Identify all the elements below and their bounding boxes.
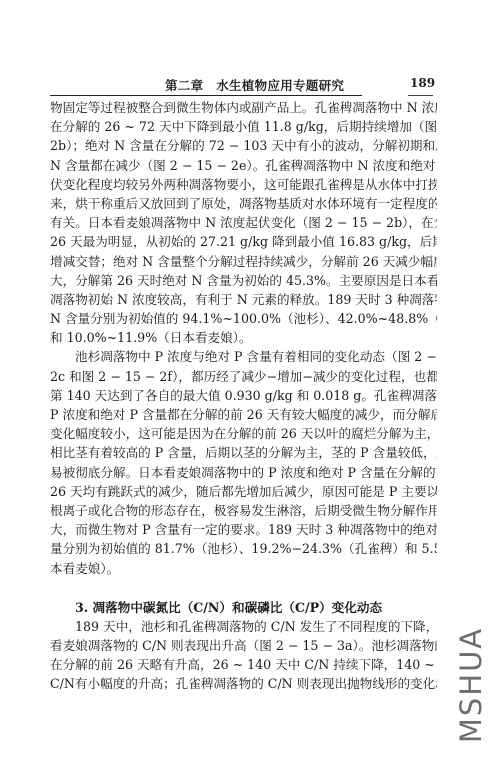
page-number: 189 [410,76,435,90]
text-line: 和 10.0%~11.9%（日本看麦娘）。 [50,328,437,347]
text-line: 凋落物初始 N 浓度较高，有利于 N 元素的释放。189 天时 3 种凋落物绝对 [50,290,437,309]
section-spacer [50,578,437,598]
section-cn-cp: 3. 凋落物中碳氮比（C/N）和碳磷比（C/P）变化动态 189 天中，池杉和孔… [50,598,437,694]
text-line: 在分解的 26 ~ 72 天中下降到最小值 11.8 g/kg，后期持续增加（图… [50,117,437,136]
text-line: 伏变化程度均较另外两种凋落物要小，这可能跟孔雀稗是从水体中打捞而 [50,175,437,194]
text-line: 在分解的前 26 天略有升高，26 ~ 140 天中 C/N 持续下降，140 … [50,655,437,674]
watermark-text: MSHUA [454,626,488,742]
text-line: 大，分解第 26 天时绝对 N 含量为初始的 45.3%。主要原因是日本看麦娘 [50,271,437,290]
text-line: 增减交替；绝对 N 含量整个分解过程持续减少，分解前 26 天减少幅度最 [50,252,437,271]
text-line: 26 天均有跳跃式的减少，随后都先增加后减少，原因可能是 P 主要以磷酸 [50,482,437,501]
header-rule [50,95,362,96]
text-line: N 含量都在减少（图 2 − 15 − 2e）。孔雀稗凋落物中 N 浓度和绝对 … [50,156,437,175]
body-text: 物固定等过程被整合到微生物体内或副产品上。孔雀稗凋落物中 N 浓度 在分解的 2… [50,98,437,694]
text-line: 26 天最为明显，从初始的 27.21 g/kg 降到最小值 16.83 g/k… [50,232,437,251]
text-line: 看麦娘凋落物的 C/N 则表现出升高（图 2 − 15 − 3a）。池杉凋落物的… [50,636,437,655]
chapter-title: 第二章 水生植物应用专题研究 [165,76,344,94]
text-line: 本看麦娘）。 [50,559,437,578]
text-line: 物固定等过程被整合到微生物体内或副产品上。孔雀稗凋落物中 N 浓度 [50,98,437,117]
text-line: 来，烘干称重后又放回到了原处，凋落物基质对水体环境有一定程度的响应 [50,194,437,213]
text-line: 第 140 天达到了各自的最大值 0.930 g/kg 和 0.018 g。孔雀… [50,386,437,405]
paragraph-p-dynamics: 池杉凋落物中 P 浓度与绝对 P 含量有着相同的变化动态（图 2 − 15 − … [50,347,437,577]
watermark: MSHUA [456,612,486,757]
text-line: 大，而微生物对 P 含量有一定的要求。189 天时 3 种凋落物中的绝对 P 含 [50,520,437,539]
text-line: 池杉凋落物中 P 浓度与绝对 P 含量有着相同的变化动态（图 2 − 15 − [50,347,437,366]
text-line: 2b）；绝对 N 含量在分解的 72 − 103 天中有小的波动，分解初期和后期… [50,136,437,155]
text-line: C/N有小幅度的升高；孔雀稗凋落物的 C/N 则表现出抛物线形的变化动 [50,674,437,693]
text-line: 易被彻底分解。日本看麦娘凋落物中的 P 浓度和绝对 P 含量在分解的前 [50,463,437,482]
text-line: 根离子或化合物的形态存在，极容易发生淋溶，后期受微生物分解作用较 [50,501,437,520]
text-line: 量分别为初始值的 81.7%（池杉）、19.2%−24.3%（孔雀稗）和 5.5… [50,539,437,558]
text-line: N 含量分别为初始值的 94.1%~100.0%（池杉）、42.0%~48.8%… [50,309,437,328]
page-header: 第二章 水生植物应用专题研究 189 [0,0,492,100]
text-line: 2c 和图 2 − 15 − 2f），都历经了减少−增加−减少的变化过程，也都在… [50,367,437,386]
paragraph-n-dynamics: 物固定等过程被整合到微生物体内或副产品上。孔雀稗凋落物中 N 浓度 在分解的 2… [50,98,437,347]
text-line: 变化幅度较小，这可能是因为在分解的前 26 天以叶的腐烂分解为主，叶 [50,424,437,443]
text-line: P 浓度和绝对 P 含量都在分解的前 26 天有较大幅度的减少，而分解后期 [50,405,437,424]
section-heading: 3. 凋落物中碳氮比（C/N）和碳磷比（C/P）变化动态 [50,598,437,617]
text-line: 有关。日本看麦娘凋落物中 N 浓度起伏变化（图 2 − 15 − 2b），在分解… [50,213,437,232]
text-line: 相比茎有着较高的 P 含量，后期以茎的分解为主，茎的 P 含量较低，且不 [50,443,437,462]
page-number-rule [408,95,433,96]
text-line: 189 天中，池杉和孔雀稗凋落物的 C/N 发生了不同程度的下降，日本 [50,617,437,636]
